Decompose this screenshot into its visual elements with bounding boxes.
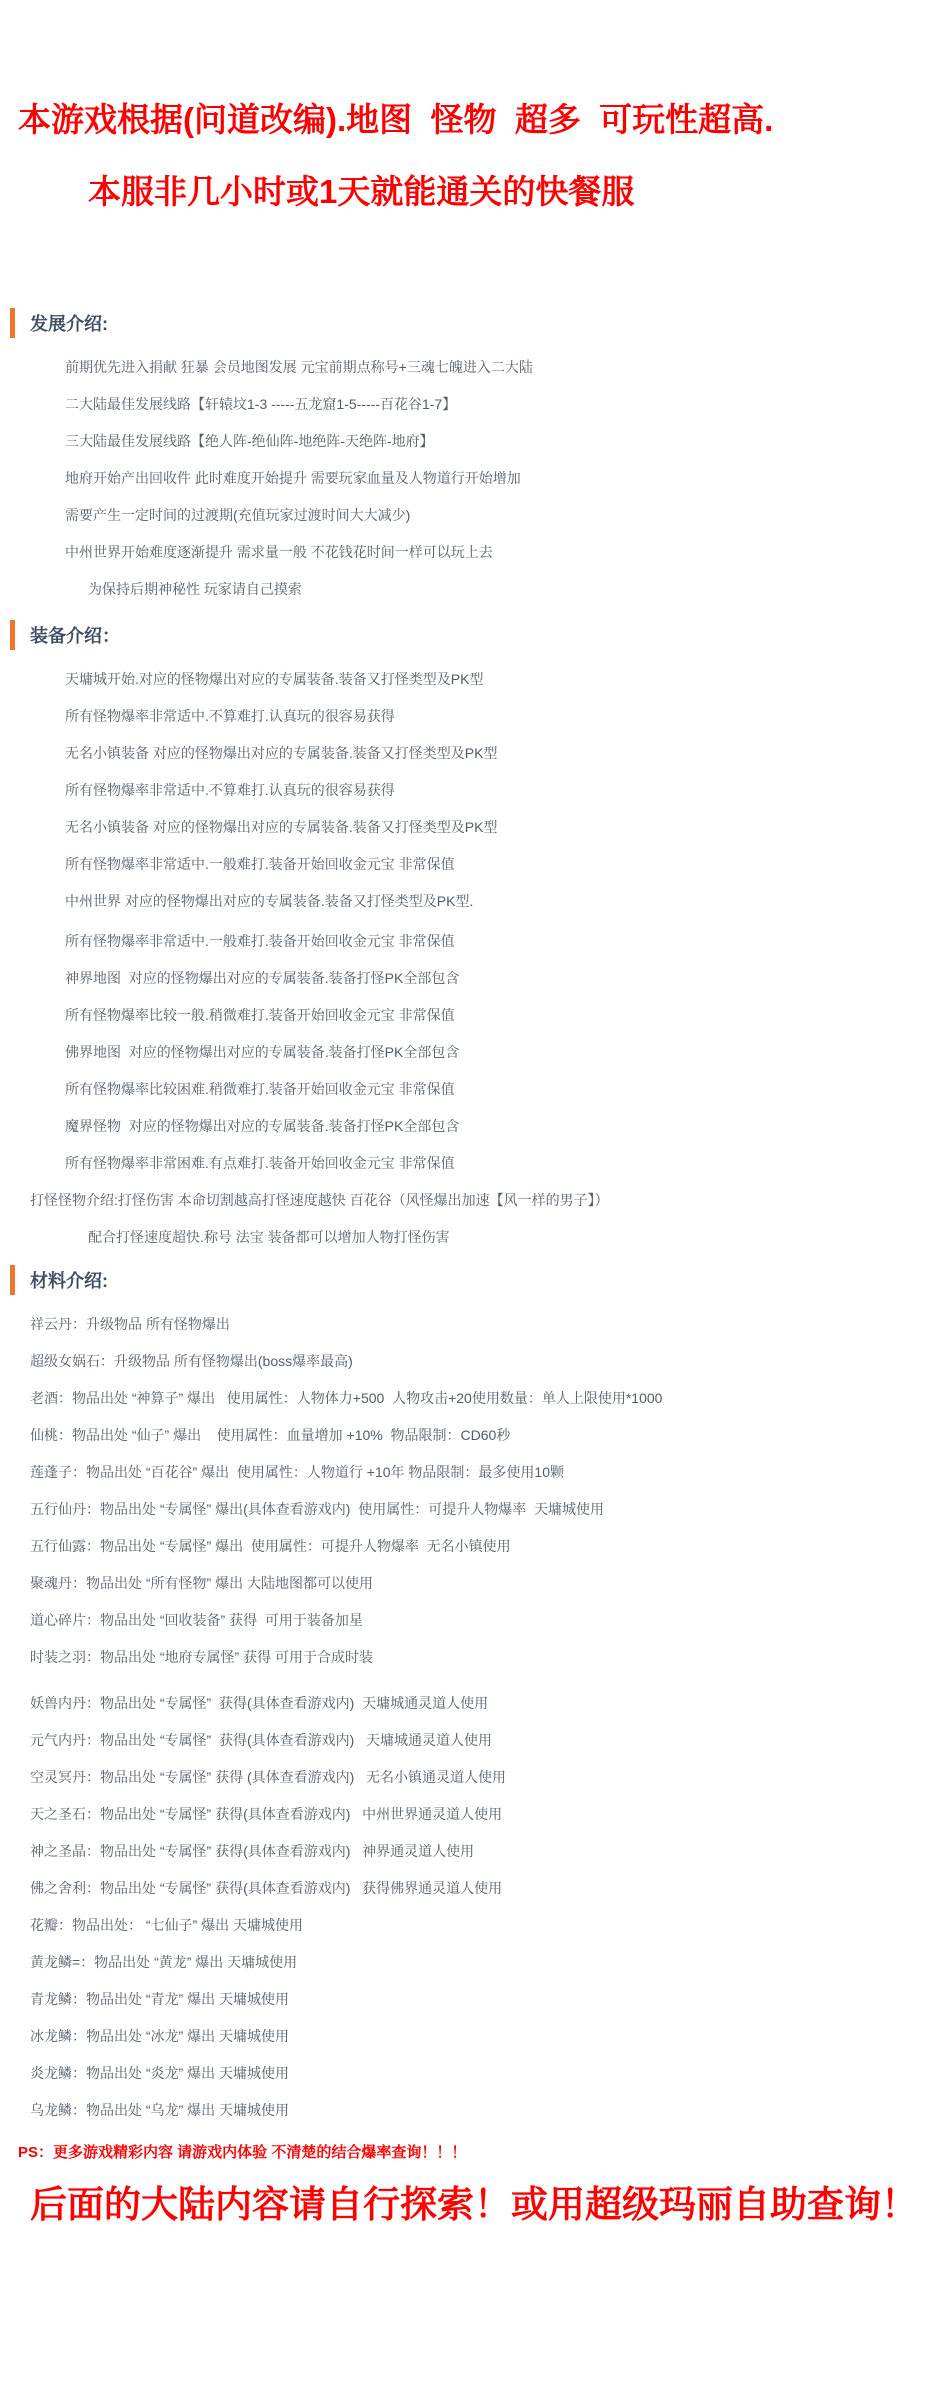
section-equipment: 装备介绍：天墉城开始.对应的怪物爆出对应的专属装备.装备又打怪类型及PK型所有怪… bbox=[0, 620, 941, 1172]
section-accent-bar bbox=[10, 308, 15, 338]
text-line: 需要产生一定时间的过渡期(充值玩家过渡时间大大减少) bbox=[0, 506, 941, 524]
text-line: 青龙鳞：物品出处 “青龙” 爆出 天墉城使用 bbox=[0, 1990, 941, 2008]
text-line: 三大陆最佳发展线路【绝人阵-绝仙阵-地绝阵-天绝阵-地府】 bbox=[0, 432, 941, 450]
text-line: 所有怪物爆率非常适中.一般难打.装备开始回收金元宝 非常保值 bbox=[0, 932, 941, 950]
development-header: 发展介绍: bbox=[10, 308, 941, 338]
text-line: 魔界怪物 对应的怪物爆出对应的专属装备.装备打怪PK全部包含 bbox=[0, 1117, 941, 1135]
section-title: 装备介绍： bbox=[30, 622, 120, 648]
hero-title-line1: 本游戏根据(问道改编).地图 怪物 超多 可玩性超高. bbox=[0, 100, 941, 140]
text-line: 打怪怪物介绍:打怪伤害 本命切割越高打怪速度越快 百花谷（风怪爆出加速【风一样的… bbox=[0, 1191, 941, 1209]
text-line: 所有怪物爆率比较一般.稍微难打.装备开始回收金元宝 非常保值 bbox=[0, 1006, 941, 1024]
text-line: 佛界地图 对应的怪物爆出对应的专属装备.装备打怪PK全部包含 bbox=[0, 1043, 941, 1061]
text-line: 中州世界开始难度逐渐提升 需求量一般 不花钱花时间一样可以玩上去 bbox=[0, 543, 941, 561]
ps-note: PS：更多游戏精彩内容 请游戏内体验 不清楚的结合爆率查询！！！ bbox=[0, 2143, 941, 2163]
text-line: 超级女娲石：升级物品 所有怪物爆出(boss爆率最高) bbox=[0, 1352, 941, 1370]
section-accent-bar bbox=[10, 1265, 15, 1295]
text-line: 花瓣：物品出处： “七仙子” 爆出 天墉城使用 bbox=[0, 1916, 941, 1934]
text-line: 神之圣晶：物品出处 “专属怪” 获得(具体查看游戏内) 神界通灵道人使用 bbox=[0, 1842, 941, 1860]
text-line: 前期优先进入捐献 狂暴 会员地图发展 元宝前期点称号+三魂七魄进入二大陆 bbox=[0, 358, 941, 376]
text-line: 天墉城开始.对应的怪物爆出对应的专属装备.装备又打怪类型及PK型 bbox=[0, 670, 941, 688]
text-line: 五行仙丹：物品出处 “专属怪” 爆出(具体查看游戏内) 使用属性：可提升人物爆率… bbox=[0, 1500, 941, 1518]
hero-title-line2: 本服非几小时或1天就能通关的快餐服 bbox=[0, 172, 941, 212]
game-intro-page: 本游戏根据(问道改编).地图 怪物 超多 可玩性超高. 本服非几小时或1天就能通… bbox=[0, 100, 941, 2229]
text-line: 天之圣石：物品出处 “专属怪” 获得(具体查看游戏内) 中州世界通灵道人使用 bbox=[0, 1805, 941, 1823]
text-line: 道心碎片：物品出处 “回收装备” 获得 可用于装备加星 bbox=[0, 1611, 941, 1629]
text-line: 妖兽内丹：物品出处 “专属怪” 获得(具体查看游戏内) 天墉城通灵道人使用 bbox=[0, 1694, 941, 1712]
text-line: 聚魂丹：物品出处 “所有怪物” 爆出 大陆地图都可以使用 bbox=[0, 1574, 941, 1592]
text-line: 神界地图 对应的怪物爆出对应的专属装备.装备打怪PK全部包含 bbox=[0, 969, 941, 987]
section-development: 发展介绍:前期优先进入捐献 狂暴 会员地图发展 元宝前期点称号+三魂七魄进入二大… bbox=[0, 308, 941, 598]
text-line: 莲蓬子：物品出处 “百花谷” 爆出 使用属性：人物道行 +10年 物品限制：最多… bbox=[0, 1463, 941, 1481]
text-line: 元气内丹：物品出处 “专属怪” 获得(具体查看游戏内) 天墉城通灵道人使用 bbox=[0, 1731, 941, 1749]
equipment-header: 装备介绍： bbox=[10, 620, 941, 650]
text-line: 佛之舍利：物品出处 “专属怪” 获得(具体查看游戏内) 获得佛界通灵道人使用 bbox=[0, 1879, 941, 1897]
text-line: 配合打怪速度超快.称号 法宝 装备都可以增加人物打怪伤害 bbox=[0, 1228, 941, 1246]
text-line: 祥云丹：升级物品 所有怪物爆出 bbox=[0, 1315, 941, 1333]
sections-container: 发展介绍:前期优先进入捐献 狂暴 会员地图发展 元宝前期点称号+三魂七魄进入二大… bbox=[0, 308, 941, 2119]
text-line: 无名小镇装备 对应的怪物爆出对应的专属装备.装备又打怪类型及PK型 bbox=[0, 818, 941, 836]
footer-banner: 后面的大陆内容请自行探索！或用超级玛丽自助查询！ bbox=[0, 2181, 941, 2229]
text-line: 冰龙鳞：物品出处 “冰龙” 爆出 天墉城使用 bbox=[0, 2027, 941, 2045]
section-title: 发展介绍: bbox=[30, 310, 108, 336]
section-materials: 材料介绍:祥云丹：升级物品 所有怪物爆出超级女娲石：升级物品 所有怪物爆出(bo… bbox=[0, 1265, 941, 2119]
hero-title: 本游戏根据(问道改编).地图 怪物 超多 可玩性超高. 本服非几小时或1天就能通… bbox=[0, 100, 941, 212]
text-line: 所有怪物爆率非常适中.不算难打.认真玩的很容易获得 bbox=[0, 707, 941, 725]
section-hunting-notes: 打怪怪物介绍:打怪伤害 本命切割越高打怪速度越快 百花谷（风怪爆出加速【风一样的… bbox=[0, 1191, 941, 1246]
text-line: 空灵冥丹：物品出处 “专属怪” 获得 (具体查看游戏内) 无名小镇通灵道人使用 bbox=[0, 1768, 941, 1786]
text-line: 地府开始产出回收件 此时难度开始提升 需要玩家血量及人物道行开始增加 bbox=[0, 469, 941, 487]
text-line: 所有怪物爆率比较困难.稍微难打.装备开始回收金元宝 非常保值 bbox=[0, 1080, 941, 1098]
text-line: 时装之羽：物品出处 “地府专属怪” 获得 可用于合成时装 bbox=[0, 1648, 941, 1666]
text-line: 为保持后期神秘性 玩家请自己摸索 bbox=[0, 580, 941, 598]
text-line: 二大陆最佳发展线路【轩辕坟1-3 -----五龙窟1-5-----百花谷1-7】 bbox=[0, 395, 941, 413]
text-line: 所有怪物爆率非常适中.不算难打.认真玩的很容易获得 bbox=[0, 781, 941, 799]
text-line: 老酒：物品出处 “神算子” 爆出 使用属性：人物体力+500 人物攻击+20使用… bbox=[0, 1389, 941, 1407]
section-title: 材料介绍: bbox=[30, 1267, 108, 1293]
text-line: 无名小镇装备 对应的怪物爆出对应的专属装备.装备又打怪类型及PK型 bbox=[0, 744, 941, 762]
text-line: 五行仙露：物品出处 “专属怪” 爆出 使用属性：可提升人物爆率 无名小镇使用 bbox=[0, 1537, 941, 1555]
text-line: 中州世界 对应的怪物爆出对应的专属装备.装备又打怪类型及PK型. bbox=[0, 892, 941, 910]
text-line: 乌龙鳞：物品出处 “乌龙” 爆出 天墉城使用 bbox=[0, 2101, 941, 2119]
text-line: 仙桃：物品出处 “仙子” 爆出 使用属性：血量增加 +10% 物品限制：CD60… bbox=[0, 1426, 941, 1444]
text-line: 所有怪物爆率非常适中.一般难打.装备开始回收金元宝 非常保值 bbox=[0, 855, 941, 873]
materials-header: 材料介绍: bbox=[10, 1265, 941, 1295]
text-line: 所有怪物爆率非常困难.有点难打.装备开始回收金元宝 非常保值 bbox=[0, 1154, 941, 1172]
section-accent-bar bbox=[10, 620, 15, 650]
text-line: 炎龙鳞：物品出处 “炎龙” 爆出 天墉城使用 bbox=[0, 2064, 941, 2082]
text-line: 黄龙鳞=：物品出处 “黄龙” 爆出 天墉城使用 bbox=[0, 1953, 941, 1971]
